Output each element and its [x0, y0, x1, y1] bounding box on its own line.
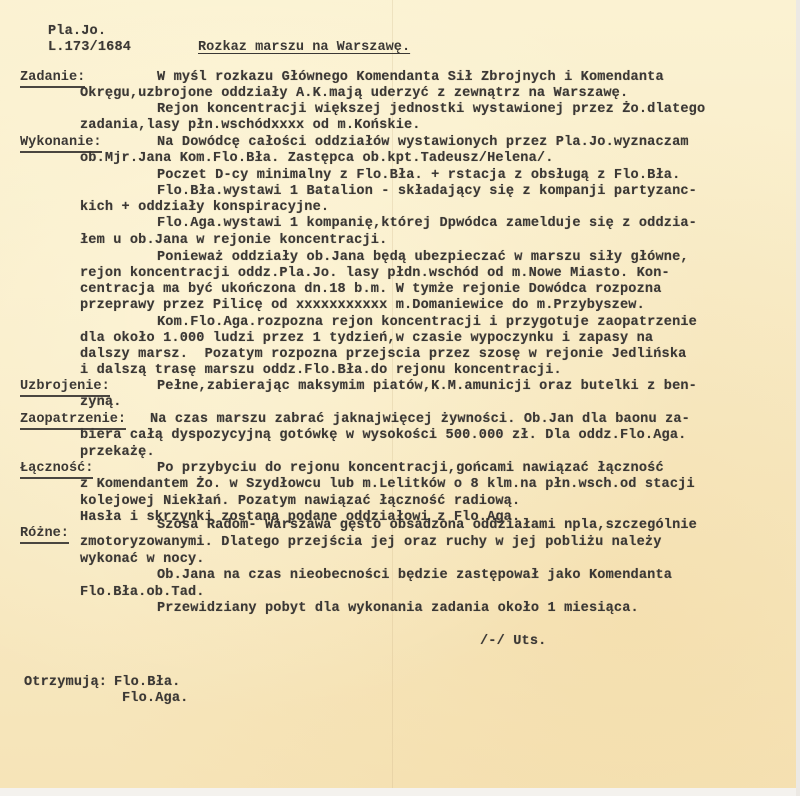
uzbrojenie-line: Pełne,zabierając maksymim piatów,K.M.amu… — [157, 379, 697, 395]
wykonanie-line: Kom.Flo.Aga.rozpozna rejon koncentracji … — [157, 315, 697, 331]
wykonanie-line: ob.Mjr.Jana Kom.Flo.Bła. Zastępca ob.kpt… — [80, 151, 554, 167]
lacznosc-line: z Komendantem Żo. w Szydłowcu lub m.Leli… — [80, 477, 695, 493]
wykonanie-line: Ponieważ oddziały ob.Jana będą ubezpiecz… — [157, 250, 689, 266]
recipient: Flo.Bła. — [114, 675, 180, 691]
rozne-line: Szosa Radom- Warszawa gęsto obsadzona od… — [157, 518, 697, 534]
lacznosc-line: kolejowej Niekłań. Pozatym nawiązać łącz… — [80, 494, 520, 510]
zadanie-line: Rejon koncentracji większej jednostki wy… — [157, 102, 705, 118]
recipient: Flo.Aga. — [122, 691, 188, 707]
lacznosc-line: Po przybyciu do rejonu koncentracji,gońc… — [157, 461, 664, 477]
rozne-line: zmotoryzowanymi. Dlatego przejścia jej o… — [80, 535, 662, 551]
zadanie-line: W myśl rozkazu Głównego Komendanta Sił Z… — [157, 70, 664, 86]
zadanie-line: zadania,lasy płn.wschódxxxx od m.Końskie… — [80, 118, 421, 134]
wykonanie-line: dla około 1.000 ludzi przez 1 tydzień,w … — [80, 331, 653, 347]
wykonanie-line: rejon koncentracji oddz.Pla.Jo. lasy płd… — [80, 266, 670, 282]
section-label-zadanie: Zadanie: — [20, 70, 85, 88]
section-label-rozne: Różne: — [20, 526, 69, 544]
scan-bottom-edge — [0, 788, 800, 796]
reference-number: L.173/1684 — [48, 40, 131, 56]
wykonanie-line: dalszy marsz. Pozatym rozpozna przejscia… — [80, 347, 686, 363]
rozne-line: Flo.Bła.ob.Tad. — [80, 585, 205, 601]
wykonanie-line: centracja ma być ukończona dn.18 b.m. W … — [80, 282, 662, 298]
rozne-line: wykonać w nocy. — [80, 552, 205, 568]
wykonanie-line: Poczet D-cy minimalny z Flo.Bła. + rstac… — [157, 168, 680, 184]
wykonanie-line: Na Dowódcę całości oddziałów wystawionyc… — [157, 135, 689, 151]
uzbrojenie-line: zyną. — [80, 395, 122, 411]
wykonanie-line: Flo.Bła.wystawi 1 Batalion - składający … — [157, 184, 697, 200]
zaopatrzenie-line: przekażę. — [80, 445, 155, 461]
rozne-line: Przewidziany pobyt dla wykonania zadania… — [157, 601, 639, 617]
signature: /-/ Uts. — [480, 634, 546, 650]
scan-right-edge — [796, 0, 800, 796]
zaopatrzenie-line: Na czas marszu zabrać jaknajwięcej żywno… — [150, 412, 690, 428]
document-title: Rozkaz marszu na Warszawę. — [198, 40, 410, 56]
wykonanie-line: łem u ob.Jana w rejonie koncentracji. — [80, 233, 387, 249]
distribution-label: Otrzymują: — [24, 675, 107, 691]
zaopatrzenie-line: biera całą dyspozycyjną gotówkę w wysoko… — [80, 428, 686, 444]
wykonanie-line: Flo.Aga.wystawi 1 kompanię,której Dpwódc… — [157, 216, 697, 232]
wykonanie-line: przeprawy przez Pilicę od xxxxxxxxxxx m.… — [80, 298, 645, 314]
wykonanie-line: i dalszą trasę marszu oddz.Flo.Bła.do re… — [80, 363, 562, 379]
rozne-line: Ob.Jana na czas nieobecności będzie zast… — [157, 568, 672, 584]
wykonanie-line: kich + oddziały konspiracyjne. — [80, 200, 329, 216]
reference-unit: Pla.Jo. — [48, 24, 106, 40]
zadanie-line: Okręgu,uzbrojone oddziały A.K.mają uderz… — [80, 86, 628, 102]
